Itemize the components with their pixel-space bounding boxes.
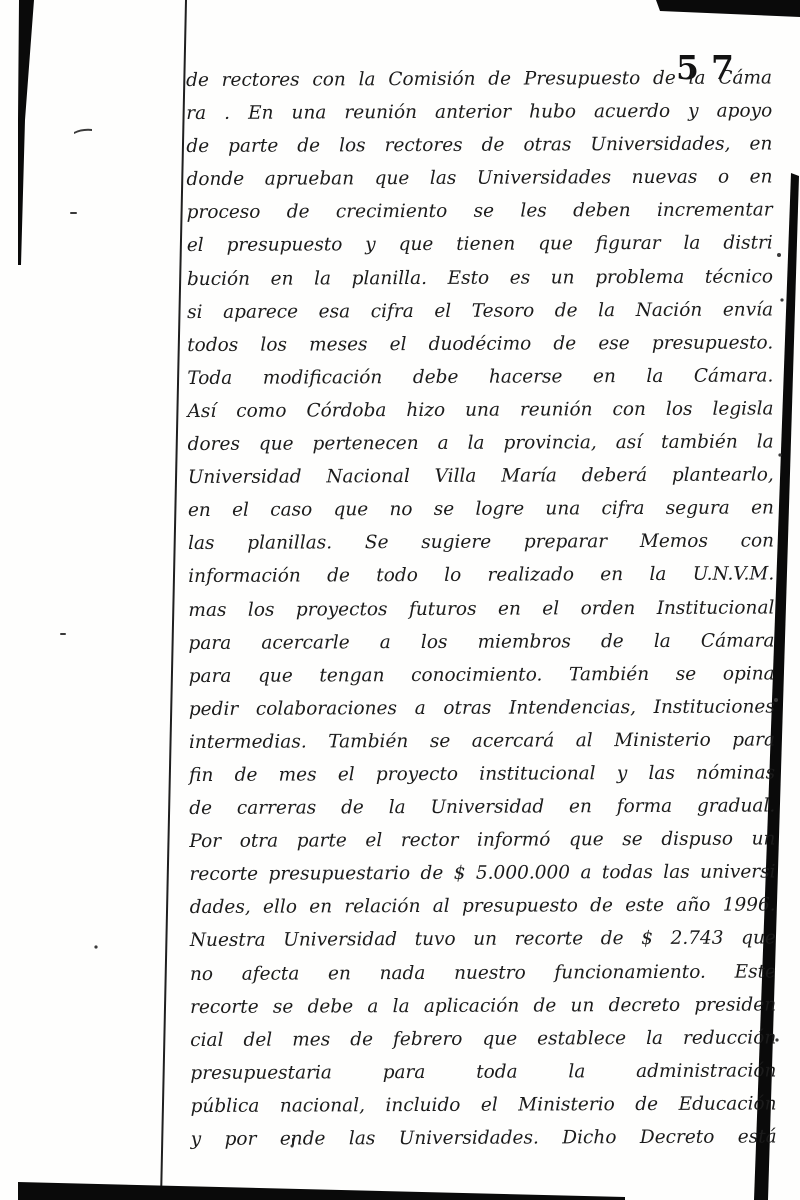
handwritten-line: si aparece esa cifra el Tesoro de la Nac…: [187, 293, 773, 329]
handwritten-line: todos los meses el duodécimo de ese pres…: [187, 326, 773, 362]
handwritten-line: las planillas. Se sugiere preparar Memos…: [188, 525, 774, 561]
handwritten-line: de rectores con la Comisión de Presupues…: [186, 61, 772, 97]
handwritten-line: no afecta en nada nuestro funcionamiento…: [190, 955, 776, 991]
scan-edge-bottom: [18, 1182, 625, 1200]
handwritten-line: mas los proyectos futuros en el orden In…: [188, 591, 774, 627]
handwritten-line: para acercarle a los miembros de la Cáma…: [188, 624, 774, 660]
handwritten-line: pública nacional, incluido el Ministerio…: [190, 1087, 776, 1123]
handwritten-line: recorte presupuestario de $ 5.000.000 a …: [189, 856, 775, 892]
handwritten-line: pedir colaboraciones a otras Intendencia…: [189, 690, 775, 726]
handwritten-line: proceso de crecimiento se les deben incr…: [187, 194, 773, 230]
scanned-document-page: 57 de rectores con la Comisión de Presup…: [0, 0, 800, 1200]
handwritten-line: dores que pertenecen a la provincia, así…: [188, 425, 774, 461]
handwritten-line: recorte se debe a la aplicación de un de…: [190, 988, 776, 1024]
scan-edge-top-left: [18, 0, 34, 265]
handwritten-line: intermedias. También se acercará al Mini…: [189, 723, 775, 759]
handwritten-line: fin de mes el proyecto institucional y l…: [189, 756, 775, 792]
handwritten-line: Por otra parte el rector informó que se …: [189, 823, 775, 859]
handwritten-line: cial del mes de febrero que establece la…: [190, 1021, 776, 1057]
handwritten-line: ra . En una reunión anterior hubo acuerd…: [186, 95, 772, 131]
handwritten-line: el presupuesto y que tienen que figurar …: [187, 227, 773, 263]
handwritten-line: Nuestra Universidad tuvo un recorte de $…: [190, 922, 776, 958]
handwritten-line: Así como Córdoba hizo una reunión con lo…: [187, 392, 773, 428]
handwritten-line: de carreras de la Universidad en forma g…: [189, 789, 775, 825]
handwritten-line: información de todo lo realizado en la U…: [188, 558, 774, 594]
scan-edge-top-right: [656, 0, 800, 17]
handwritten-text-block: de rectores con la Comisión de Presupues…: [186, 61, 777, 1156]
handwritten-line: de parte de los rectores de otras Univer…: [186, 128, 772, 164]
handwritten-line: donde aprueban que las Universidades nue…: [186, 161, 772, 197]
margin-rule-line: [161, 0, 186, 1200]
handwritten-line: y por ende las Universidades. Dicho Decr…: [191, 1120, 777, 1156]
handwritten-line: presupuestaria para toda la administraci…: [190, 1054, 776, 1090]
handwritten-line: en el caso que no se logre una cifra seg…: [188, 492, 774, 528]
handwritten-line: dades, ello en relación al presupuesto d…: [190, 889, 776, 925]
handwritten-line: bución en la planilla. Esto es un proble…: [187, 260, 773, 296]
handwritten-line: Toda modificación debe hacerse en la Cám…: [187, 359, 773, 395]
handwritten-line: Universidad Nacional Villa María deberá …: [188, 459, 774, 495]
handwritten-line: para que tengan conocimiento. También se…: [189, 657, 775, 693]
